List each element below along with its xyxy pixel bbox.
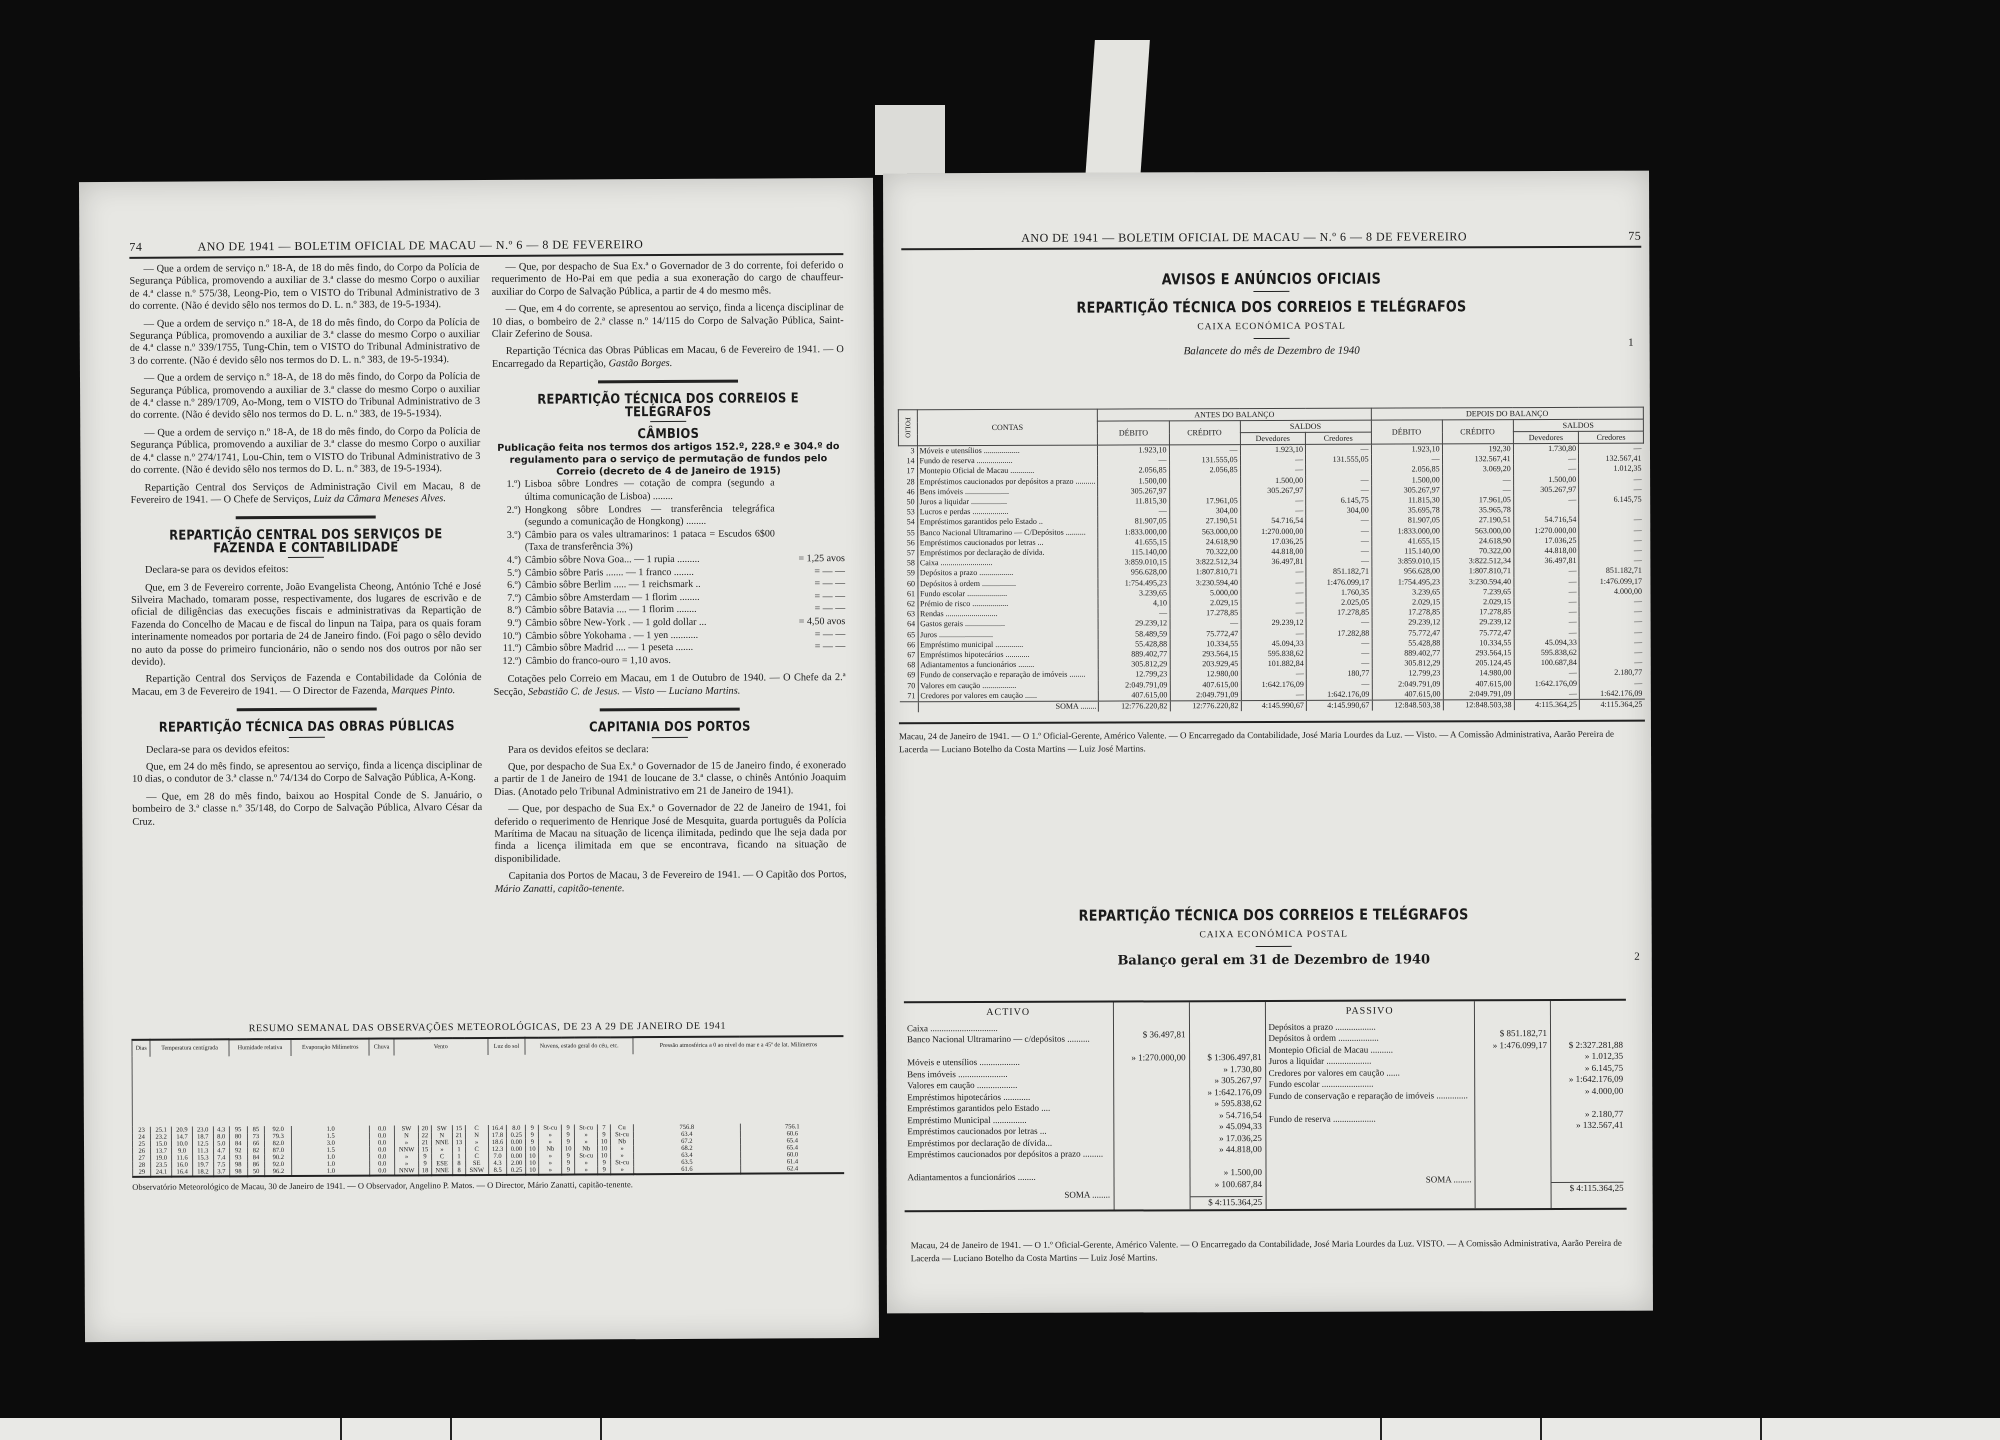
balance-item-value: » 1:476.099,17 [1475, 1040, 1547, 1052]
balancete-signature: Macau, 24 de Janeiro de 1941. — O 1.º Of… [899, 720, 1645, 757]
balance-item-value [1114, 1110, 1186, 1122]
balance-item-value [1114, 1064, 1186, 1076]
paragraph: — Que, em 4 do corrente, se apresentou a… [492, 302, 844, 341]
balanco-header: REPARTIÇÃO TÉCNICA DOS CORREIOS E TELÉGR… [904, 899, 1644, 970]
balance-item-value: » 132.567,41 [1551, 1120, 1623, 1132]
closing: Repartição Técnica das Obras Públicas em… [492, 345, 844, 372]
section-title-avisos: AVISOS E ANÚNCIOS OFICIAIS [957, 269, 1586, 289]
balancete-title: Balancete do mês de Dezembro de 1940 [902, 344, 1642, 359]
divider [1256, 946, 1292, 947]
soma-label: SOMA ........ [908, 1189, 1111, 1201]
passivo-heading: PASSIVO [1268, 1005, 1471, 1017]
section-title-capitania: CAPITANIA DOS PORTOS [520, 720, 819, 734]
cambio-row: 1.º)Lisboa sôbre Londres — cotação de co… [493, 478, 845, 505]
activo-heading: ACTIVO [907, 1007, 1110, 1019]
left-running-header: 74 ANO DE 1941 — BOLETIM OFICIAL DE MACA… [129, 236, 843, 259]
balance-item-value: » 4.000,00 [1551, 1085, 1623, 1097]
balance-item-value: » 44.818,00 [1190, 1144, 1262, 1156]
balancete-soma-row: SOMA ........ 12:776.220,8212:776.220,82… [899, 699, 1644, 712]
balance-item-value [1114, 1087, 1186, 1099]
balance-item-value: » 54.716,54 [1190, 1110, 1262, 1122]
paragraph: — Que a ordem de serviço n.º 18-A, de 18… [129, 262, 479, 313]
divider [650, 421, 686, 422]
balance-item-label: Valores em caução .................. [907, 1080, 1110, 1092]
soma-label: SOMA ........ [1269, 1174, 1472, 1186]
balance-item-value [1114, 1133, 1186, 1145]
meteo-title: RESUMO SEMANAL DAS OBSERVAÇÕES METEOROLÓ… [131, 1020, 843, 1035]
divider [1253, 291, 1289, 292]
marker: 1 [1628, 337, 1634, 349]
balance-item-value [1114, 1179, 1186, 1191]
balance-item-value [1114, 1156, 1186, 1179]
intro: Declara-se para os devidos efeitos: [131, 563, 481, 577]
activo-side: ACTIVO Caixa ...........................… [904, 1002, 1265, 1210]
divider [600, 708, 740, 712]
intro: Declara-se para os devidos efeitos: [132, 743, 482, 757]
closing: Cotações pelo Correio em Macau, em 1 de … [494, 672, 846, 699]
paragraph: — Que, por despacho de Sua Ex.ª o Govern… [491, 260, 843, 299]
balance-item-label: Empréstimos por declaração de dívida... [907, 1137, 1110, 1149]
balancete-body: 3Móveis e utensílios ..................1… [898, 443, 1644, 702]
balance-item-value: » 595.838,62 [1190, 1098, 1262, 1110]
balance-item-label: Fundo escolar ....................... [1269, 1078, 1472, 1090]
balance-item-value: » 1:642.176,09 [1190, 1087, 1262, 1099]
cambios-subtitle: Publicação feita nos termos dos artigos … [492, 442, 844, 480]
cambio-row: 2.º)Hongkong sôbre Londres — transferênc… [493, 503, 845, 530]
balance-item-value: $ 36.497,81 [1114, 1029, 1186, 1041]
balance-item-label: Empréstimo Municipal ............... [907, 1114, 1110, 1126]
balance-item-value: » 100.687,84 [1190, 1179, 1262, 1191]
section-title-fazenda: REPARTIÇÃO CENTRAL DOS SERVIÇOS DE FAZEN… [157, 528, 455, 554]
balance-item-value [1190, 1029, 1262, 1041]
balance-item-value [1114, 1144, 1186, 1156]
header-title: ANO DE 1941 — BOLETIM OFICIAL DE MACAU —… [198, 237, 644, 254]
balance-item-label: Empréstimos garantidos pelo Estado .... [907, 1103, 1110, 1115]
balancete-table-wrap: FOLIO CONTAS ANTES DO BALANÇO DEPOIS DO … [898, 407, 1645, 757]
dept-title: REPARTIÇÃO TÉCNICA DOS CORREIOS E TELÉGR… [957, 297, 1586, 317]
balance-item-value [1475, 1097, 1547, 1120]
balance-item-value: » 6.145,75 [1551, 1062, 1623, 1074]
cambios-title: CÂMBIOS [519, 427, 818, 441]
right-header-block: AVISOS E ANÚNCIOS OFICIAIS REPARTIÇÃO TÉ… [901, 263, 1641, 359]
balance-item-value: $ 2:327.281,88 [1551, 1039, 1623, 1051]
right-running-header: ANO DE 1941 — BOLETIM OFICIAL DE MACAU —… [901, 229, 1641, 251]
balance-item-value [1475, 1051, 1547, 1063]
paragraph: — Que, por despacho de Sua Ex.ª o Govern… [494, 802, 846, 866]
meteo-footer: Observatório Meteorológico de Macau, 30 … [132, 1178, 844, 1192]
balance-item-value: » 17.036,25 [1190, 1133, 1262, 1145]
balance-item-label: Empréstimos hipotecários ............ [907, 1091, 1110, 1103]
meteo-table: Dias Temperatura centígrada Humidade rel… [131, 1035, 844, 1178]
paragraph: Que, em 24 do mês findo, se apresentou a… [132, 760, 482, 787]
divider [288, 557, 324, 558]
balance-item-label: Caixa .............................. [907, 1022, 1110, 1034]
balance-item-value [1114, 1075, 1186, 1087]
balance-item-label: Fundo de conservação e reparação de imóv… [1269, 1090, 1472, 1114]
balanco-geral: ACTIVO Caixa ...........................… [904, 999, 1627, 1212]
balance-item-value: » 45.094,33 [1190, 1121, 1262, 1133]
sub-title-2: CAIXA ECONÓMICA POSTAL [904, 929, 1644, 942]
balance-item-value: » 1.730,80 [1190, 1064, 1262, 1076]
balance-item-value: » 1.500,00 [1190, 1156, 1262, 1179]
header-title: ANO DE 1941 — BOLETIM OFICIAL DE MACAU —… [1021, 229, 1467, 246]
paragraph: Que, por despacho de Sua Ex.ª o Governad… [494, 760, 846, 799]
scanner-strip [0, 1418, 2000, 1440]
balance-item-label: Credores por valores em caução ...... [1269, 1067, 1472, 1079]
balance-item-label: Depósitos à ordem .................. [1269, 1032, 1472, 1044]
activo-soma: $ 4:115.364,25 [1190, 1196, 1262, 1209]
passivo-soma: $ 4:115.364,25 [1552, 1181, 1624, 1194]
balance-item-label: Depósitos a prazo .................. [1268, 1021, 1471, 1033]
passivo-side: PASSIVO Depósitos a prazo ..............… [1264, 1001, 1626, 1209]
paragraph: — Que a ordem de serviço n.º 18-A, de 18… [130, 426, 480, 477]
page-number: 74 [129, 240, 142, 255]
intro: Para os devidos efeitos se declara: [494, 743, 846, 757]
section-title-obras: REPARTIÇÃO TÉCNICA DAS OBRAS PÚBLICAS [158, 720, 456, 734]
sub-title: CAIXA ECONÓMICA POSTAL [902, 321, 1642, 334]
balance-item-value: » 305.267,97 [1190, 1075, 1262, 1087]
cambio-row: 12.º)Câmbio do franco-ouro = 1,10 avos. [493, 654, 845, 668]
balance-item-value [1551, 1028, 1623, 1040]
paragraph: — Que a ordem de serviço n.º 18-A, de 18… [130, 371, 480, 422]
paragraph: — Que, em 28 do mês findo, baixou ao Hos… [132, 790, 482, 829]
balance-item-value: » 2.180,77 [1551, 1097, 1623, 1120]
paragraph: Que, em 3 de Fevereiro corrente, João Ev… [131, 581, 481, 670]
balance-item-value: $ 851.182,71 [1475, 1028, 1547, 1040]
balance-item-value: $ 1:306.497,81 [1190, 1041, 1262, 1064]
paragraph: — Que a ordem de serviço n.º 18-A, de 18… [130, 317, 480, 368]
balance-item-label: Bens imóveis ...................... [907, 1068, 1110, 1080]
divider [237, 708, 377, 712]
page-number: 75 [1628, 229, 1641, 244]
balance-item-value [1114, 1121, 1186, 1133]
closing: Capitania dos Portos de Macau, 3 de Feve… [495, 869, 847, 896]
balance-item-label: Adiantamentos a funcionários ........ [907, 1172, 1110, 1184]
divider [598, 380, 738, 384]
marker: 2 [1634, 951, 1640, 963]
balance-item-value [1475, 1120, 1547, 1132]
left-page: 74 ANO DE 1941 — BOLETIM OFICIAL DE MACA… [79, 178, 879, 1342]
page-stub [875, 105, 945, 175]
balancete-table: FOLIO CONTAS ANTES DO BALANÇO DEPOIS DO … [898, 407, 1645, 713]
section-title-correios: REPARTIÇÃO TÉCNICA DOS CORREIOS E TELÉGR… [518, 392, 817, 418]
balance-item-label: Banco Nacional Ultramarino — c/depósitos… [907, 1034, 1110, 1058]
balance-item-value [1114, 1098, 1186, 1110]
closing: Repartição Central dos Serviços de Fazen… [132, 672, 482, 699]
left-column-1: — Que a ordem de serviço n.º 18-A, de 18… [129, 262, 482, 834]
balanco-signature: Macau, 24 de Janeiro de 1941. — O 1.º Of… [911, 1237, 1643, 1266]
balance-item-label: Empréstimos caucionados por letras ... [907, 1126, 1110, 1138]
balance-item-label: Móveis e utensílios .................. [907, 1057, 1110, 1069]
balance-item-value: » 1.012,35 [1551, 1051, 1623, 1063]
balance-item-label: Montepio Oficial de Macau .......... [1269, 1044, 1472, 1056]
closing: Repartição Central dos Serviços de Admin… [131, 480, 481, 507]
divider [652, 736, 688, 737]
balance-item-value: » 1:270.000,00 [1114, 1041, 1186, 1064]
divider [1254, 338, 1290, 339]
balance-item-value [1475, 1086, 1547, 1098]
paper-slip [1085, 40, 1150, 180]
balance-item-value [1475, 1063, 1547, 1075]
right-page: ANO DE 1941 — BOLETIM OFICIAL DE MACAU —… [883, 171, 1653, 1314]
cambio-row: 3.º)Câmbio para os vales ultramarinos: 1… [493, 528, 845, 555]
divider [236, 516, 376, 520]
cambios-list: 1.º)Lisboa sôbre Londres — cotação de co… [493, 478, 846, 669]
meteorological-summary: RESUMO SEMANAL DAS OBSERVAÇÕES METEOROLÓ… [131, 1020, 844, 1192]
balance-item-label: Fundo de reserva ................... [1269, 1113, 1472, 1125]
left-column-2: — Que, por despacho de Sua Ex.ª o Govern… [491, 260, 846, 901]
divider [289, 736, 325, 737]
balance-item-label: Empréstimos caucionados por depósitos a … [907, 1149, 1110, 1173]
balance-item-value: » 1:642.176,09 [1551, 1074, 1623, 1086]
balance-item-label: Juros a liquidar .................... [1269, 1055, 1472, 1067]
balanco-title: Balanço geral em 31 de Dezembro de 1940 [904, 952, 1644, 970]
dept-title-2: REPARTIÇÃO TÉCNICA DOS CORREIOS E TELÉGR… [959, 905, 1588, 925]
balance-item-value [1475, 1074, 1547, 1086]
